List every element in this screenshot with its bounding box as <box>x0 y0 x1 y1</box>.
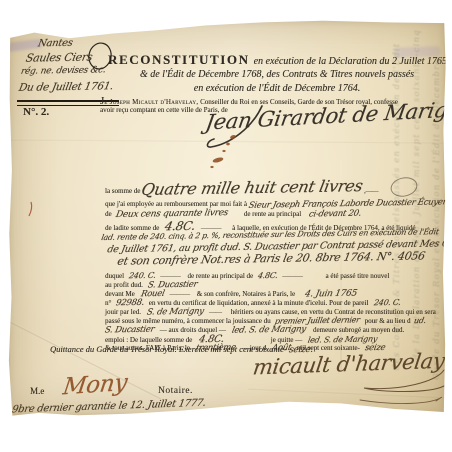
filler-dash: —— <box>209 308 221 316</box>
crease-bottom-right <box>248 388 448 398</box>
printed-text: n° <box>105 299 111 307</box>
notary-suffix: Notaire. <box>158 386 193 396</box>
printed-text: jouir par led. <box>105 308 141 316</box>
margin-note-line: Du de Juillet 1761. <box>18 80 115 94</box>
title-line-1: RECONSTITUTION en exécution de la Déclar… <box>108 51 446 69</box>
printed-text: en vertu du certificat de liquidation, a… <box>149 299 369 307</box>
handwritten-amount: 4.8C. <box>257 271 278 280</box>
notary-prefix: M.e <box>30 386 44 396</box>
ink-blot <box>210 134 236 168</box>
printed-text: — aux droits duquel — <box>160 326 226 334</box>
printed-text: devant Me <box>105 290 135 298</box>
printed-text: au profit dud. <box>105 281 143 289</box>
printed-text: la somme de <box>105 187 140 195</box>
body-line: duquel 240. C. — — — de rente au princip… <box>105 271 389 280</box>
quittance-line: Quittance du Garde du Trésor Royal. Exer… <box>50 344 313 355</box>
filler-dash: — — — <box>160 272 180 280</box>
scanned-document-photo: des Contrats & Titres nouvels passés en … <box>0 0 452 452</box>
sum-handwriting: Quatre mille huit cent livres <box>140 176 365 199</box>
filler-dash: — — — <box>170 290 190 298</box>
title-word: RECONSTITUTION <box>108 52 250 67</box>
printed-text: que j'ai employée au remboursement par m… <box>105 200 247 208</box>
handwritten-text: 240. C. <box>128 271 156 280</box>
margin-note-line: Saules Ciers <box>25 50 94 64</box>
printed-text: de rente au principal <box>244 210 301 218</box>
printed-text: pour & au lieu d <box>365 317 411 325</box>
filler-dash: — — — <box>282 272 302 280</box>
title-text: en exécution de la Déclaration du 2 Juil… <box>254 56 450 67</box>
red-margin-mark <box>29 202 32 216</box>
body-line: de Deux cens quarante livres de rente au… <box>105 209 361 219</box>
quittance-printed: Quittance du Garde du Trésor Royal. Exer… <box>50 344 287 354</box>
handwritten-text: ud. <box>413 316 427 325</box>
verso-loop-flourish <box>389 175 418 198</box>
printed-text: demeure subrogé au moyen dud. <box>313 326 404 334</box>
title-line-3: en exécution de l'Édit de Décembre 1764. <box>108 83 446 94</box>
printed-text: de ladite somme de <box>105 224 159 232</box>
filler-dash: , —— <box>364 187 378 195</box>
body-line: que j'ai employée au remboursement par m… <box>105 199 446 209</box>
margin-note-line: Nantes <box>37 38 74 50</box>
paper: des Contrats & Titres nouvels passés en … <box>8 20 446 416</box>
registration-note: 9bre dernier garantie le 12. Juillet 177… <box>11 398 207 416</box>
treasurer-name-print: e Joseph Micault d'Harvelay, <box>104 98 198 106</box>
printed-text: passé sous le même numéro, à commencer l… <box>105 317 271 325</box>
signature-flourish <box>360 397 442 404</box>
handwritten-text: 240. C. <box>373 298 401 307</box>
printed-text: duquel <box>105 272 124 280</box>
reference-number: N°. 2. <box>23 106 49 118</box>
title-line-2: & de l'Édit de Décembre 1768, des Contra… <box>108 69 446 80</box>
printed-text: de <box>105 210 112 218</box>
handwritten-text: ci-devant 20. <box>308 209 362 220</box>
notary-name-handwriting: Mony <box>61 370 129 401</box>
body-line: la somme de Quatre mille huit cent livre… <box>105 178 377 197</box>
printed-text: & son confrère, Notaires à Paris, le <box>197 290 295 298</box>
margin-note-line: rég. ne. devises &c. <box>20 65 107 76</box>
crease-horizontal-middle <box>8 138 446 143</box>
printed-text: a été passé titre nouvel <box>326 272 390 280</box>
